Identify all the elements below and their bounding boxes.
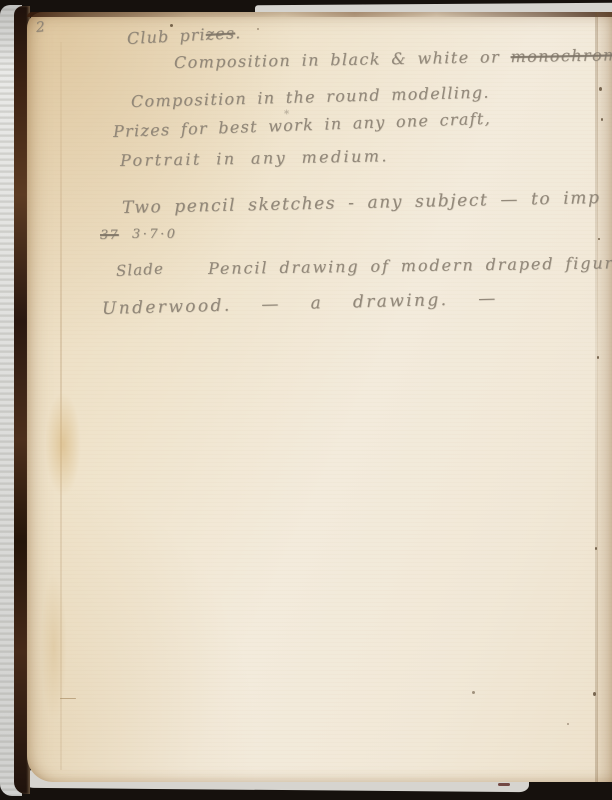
binding-thread [498,783,510,786]
fox-spot [472,691,475,694]
page-number: 2 [35,19,47,36]
fox-spot [593,692,596,696]
gutter-crease [60,42,62,770]
page-top-worn-edge [27,12,612,17]
ledger-amount: 3·7·0 [132,227,178,242]
fox-spot [601,118,603,121]
page-right-crease [595,12,598,782]
ledger-number: 37 [100,228,119,243]
heading-punct: . [235,23,242,42]
fox-spot [598,238,600,240]
page-right-fold [597,12,612,782]
line-struck-text: monochrome [510,45,612,66]
fox-spot [599,87,602,91]
fox-spot [567,723,569,725]
paper-crease-mark [60,698,76,699]
fox-spot [170,24,173,27]
photograph-backdrop: 2 Club prizes. Composition in black & wh… [0,0,612,800]
fox-spot [597,356,599,359]
handwriting-slade-label: Slade [116,260,165,280]
fox-spot [595,547,597,550]
fox-spot [257,28,259,30]
heading-struck-text: zes [205,23,235,44]
